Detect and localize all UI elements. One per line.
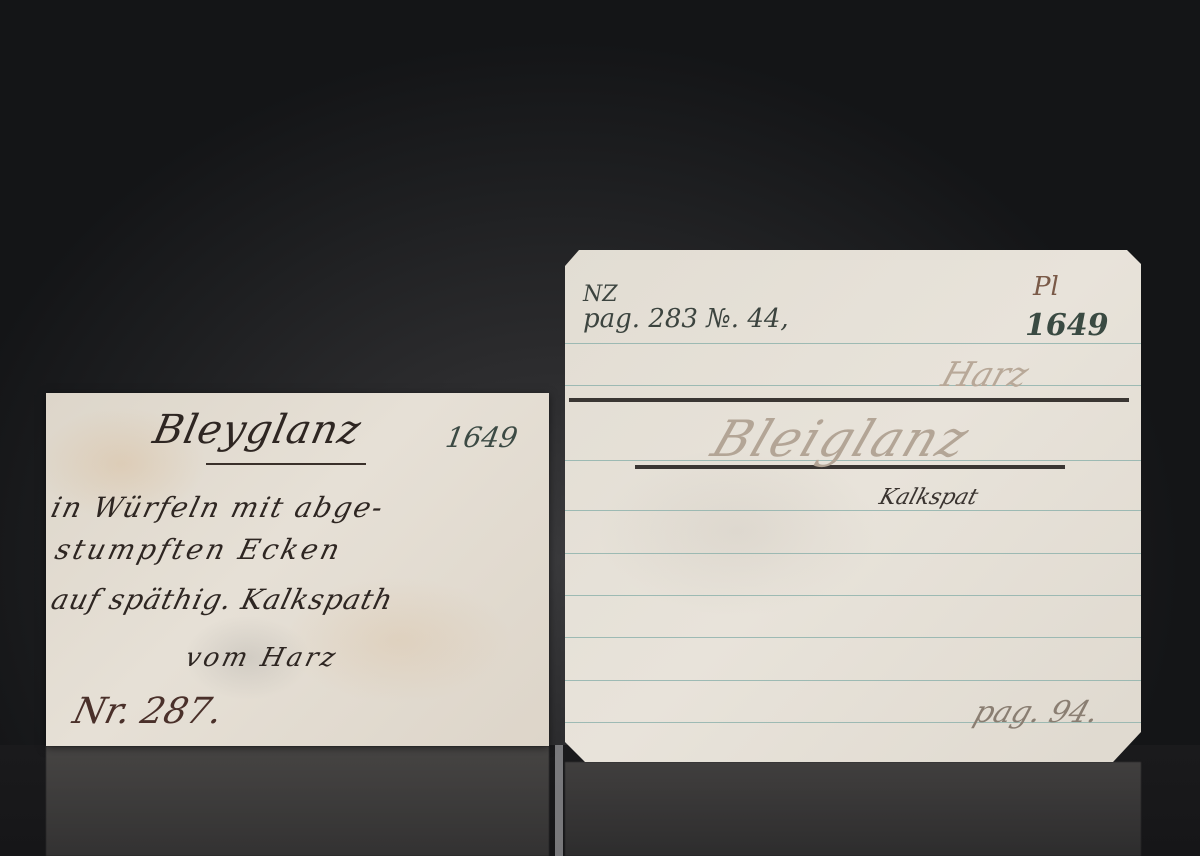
left-label-specimen-number: Nr. 287.: [69, 691, 227, 732]
left-specimen-label: Bleyglanz 1649 in Würfeln mit abge- stum…: [46, 393, 549, 746]
left-label-line-1: in Würfeln mit abge-: [48, 491, 388, 524]
ruled-line: [565, 553, 1141, 554]
left-label-catalog-number: 1649: [443, 421, 520, 454]
left-label-title: Bleyglanz: [149, 407, 365, 453]
right-label-reflection: [565, 762, 1141, 856]
right-label-title: Bleiglanz: [704, 410, 978, 468]
right-label-footer-page: pag. 94.: [969, 695, 1103, 730]
background-light-gap: [555, 745, 563, 856]
right-label-page-reference: pag. 283 №. 44,: [583, 304, 789, 334]
left-label-line-4: vom Harz: [182, 643, 341, 673]
right-label-catalog-number: 1649: [1025, 308, 1109, 343]
left-label-line-2: stumpften Ecken: [52, 533, 346, 566]
ruled-line: [565, 343, 1141, 344]
right-label-mark: Pl: [1033, 272, 1059, 302]
ruled-line: [565, 510, 1141, 511]
title-underline: [206, 463, 366, 465]
right-specimen-label: NZ pag. 283 №. 44, Pl 1649 Harz Bleiglan…: [565, 250, 1141, 762]
ruled-line: [565, 680, 1141, 681]
ruled-line: [565, 595, 1141, 596]
left-label-line-3: auf späthig. Kalkspath: [48, 583, 397, 616]
ruled-line: [565, 637, 1141, 638]
right-label-subtitle: Kalkspat: [876, 485, 980, 510]
left-label-reflection: [46, 746, 549, 856]
right-label-locality: Harz: [937, 355, 1034, 395]
ruled-line: [565, 385, 1141, 386]
thick-divider-line: [569, 398, 1129, 402]
